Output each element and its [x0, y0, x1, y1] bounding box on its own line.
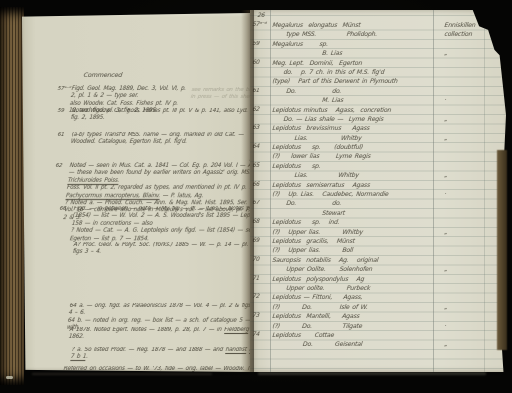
register-entry-row: 70Sauropsis notabilis Ag. original — [249, 256, 506, 265]
entry-name-locality: Upper Oolite. Solenhofen — [272, 265, 436, 274]
entry-name-locality: M. Lias — [272, 96, 436, 105]
bottom-page-edge-highlight — [258, 372, 486, 375]
register-entry-row: 59Megalurus sp. — [249, 40, 506, 49]
register-entry-row: 65Lepidotus sp. — [249, 162, 506, 171]
entry-name-locality: Stewart — [272, 209, 436, 218]
entry-name-locality: Do. do. — [272, 199, 436, 208]
entry-name-locality: Lepidotus sp. — [272, 162, 436, 171]
collection-column — [435, 59, 507, 68]
margin-entry-number: 61 — [57, 132, 65, 139]
note-line: A 1878. Noted Egert. Notes — 1889, p. 28… — [68, 327, 262, 342]
register-entry-row: 60Meg. Lept. Dominii, Egerton — [249, 59, 506, 68]
entry-name-locality: Upper oolite. Purbeck — [272, 284, 436, 293]
register-entry-row: do. p. 7 ch. in this of M.S. fig'd — [249, 68, 506, 77]
register-entry-row: Lias. Whitby„ — [249, 171, 506, 180]
register-entry-row: (?) Upper lias. Whitby„ — [249, 228, 506, 237]
register-entry-row: (?) Do. Isle of W.„ — [249, 303, 506, 312]
collection-column: „ — [435, 49, 507, 58]
register-entry-row: 68Lepidotus sp. ind. — [249, 218, 506, 227]
collection-column: collection — [435, 30, 507, 39]
register-entry-row: 71Lepidotus polyspondylus Ag — [249, 275, 506, 284]
register-entry-row: Lias. Whitby„ — [249, 134, 506, 143]
register-entry-row: (?) Do. Tilgate· — [249, 322, 506, 331]
entry-name-locality: (?) Do. Tilgate — [272, 322, 436, 331]
register-entry-row: Stewart — [249, 209, 506, 218]
entry-name-locality: Lepidotus brevissimus Agass — [272, 124, 436, 133]
register-entry-row: 69Lepidotus gracilis, Münst — [249, 237, 506, 246]
margin-entry-number: 66 — [59, 206, 67, 213]
entry-name-locality: Lepidotus Mantelli, Agass — [272, 312, 436, 321]
note-line: ? a. So listed Prodr. — Reg. 1878 — and … — [70, 347, 258, 362]
entry-name-locality: Lepidotus polyspondylus Ag — [272, 275, 436, 284]
register-entry-row: 57ᵃ⁻ᵈMegalurus elongatus MünstEnniskille… — [249, 21, 506, 30]
margin-entry-number: 59 — [57, 108, 65, 115]
scanned-ledger-photo: Commenced57ᵃ⁻ᵈFigd. Geol. Mag. 1889, Dec… — [0, 0, 512, 393]
entry-name-locality: Meg. Lept. Dominii, Egerton — [272, 59, 436, 68]
entry-name-locality: type MSS. Pholidoph. — [272, 30, 436, 39]
handwritten-note: ? a. So listed Prodr. — Reg. 1878 — and … — [70, 347, 258, 362]
margin-entry-number: 57ᵃ⁻ᵈ — [57, 86, 71, 93]
left-page: Commenced57ᵃ⁻ᵈFigd. Geol. Mag. 1889, Dec… — [22, 13, 250, 372]
register-entry-row: (?) Upper lias. Boll — [249, 246, 506, 255]
bottom-left-paper-speck — [6, 376, 13, 379]
register-entry-row: 67 Do. do. — [249, 199, 506, 208]
entry-name-locality: Megalurus elongatus Münst — [272, 21, 436, 30]
collection-column — [435, 68, 507, 77]
entry-name-locality: do. p. 7 ch. in this of M.S. fig'd — [272, 68, 436, 77]
gutter-shadow — [241, 10, 254, 372]
entry-name-locality: (?) Upper lias. Boll — [272, 246, 436, 255]
handwritten-note: A? Proc. Geol. & Polyt. Soc. (Yorks.) 18… — [72, 242, 264, 257]
collection-column — [435, 87, 507, 96]
register-entry-row: (?) Up. Lias. Caudebec, Normandie· — [249, 190, 506, 199]
entry-name-locality: Lepidotus gracilis, Münst — [272, 237, 436, 246]
register-entry-row: Upper oolite. Purbeck — [249, 284, 506, 293]
entry-name-locality: Lepidotus minutus Agass, concretion — [272, 106, 436, 115]
register-entry-row: 74Lepidotus Cottae — [249, 331, 506, 340]
note-line: 64 a. — orig. figd. as Palaeoniscus 1878… — [68, 303, 256, 318]
collection-column — [435, 106, 507, 115]
handwritten-note: 59Noted Woodw. Cat. Foss. Fishes pt. III… — [70, 108, 268, 123]
register-entry-row: (?) lower lias Lyme Regis — [249, 152, 506, 161]
entry-name-locality: (?) Upper lias. Whitby — [272, 228, 436, 237]
register-entry-row: 73Lepidotus Mantelli, Agass — [249, 312, 506, 321]
note-line: Foss. Vol. II pt. 2, regarded as types, … — [65, 185, 269, 200]
note-line: A? Proc. Geol. & Polyt. Soc. (Yorks.) 18… — [72, 242, 264, 257]
entry-name-locality: (?) Up. Lias. Caudebec, Normandie — [272, 190, 436, 199]
register-entry-row: 61 Do. do. — [249, 87, 506, 96]
collection-column: · — [435, 96, 507, 105]
bottom-page-edge-highlight-left — [32, 373, 212, 375]
entry-name-locality: Do. Geisental — [272, 340, 436, 349]
note-line: Figd. Geol. Mag. 1889, Dec. 3, Vol. VI, … — [70, 86, 190, 101]
register-rows: 57ᵃ⁻ᵈMegalurus elongatus MünstEnniskille… — [250, 21, 506, 350]
collection-column — [435, 40, 507, 49]
collection-column: „ — [435, 115, 507, 124]
entry-name-locality: Do. — Lias shale — Lyme Regis — [272, 115, 436, 124]
register-entry-row: Upper Oolite. Solenhofen„ — [249, 265, 506, 274]
entry-name-locality: Sauropsis notabilis Ag. original — [272, 256, 436, 265]
entry-name-locality: (?) Do. Isle of W. — [272, 303, 436, 312]
entry-name-locality: B. Lias — [272, 49, 436, 58]
entry-name-locality: (type) Part of this Derwent in Plymouth — [272, 77, 436, 86]
register-entry-row: 62Lepidotus minutus Agass, concretion — [249, 106, 506, 115]
register-entry-row: 66Lepidotus semiserratus Agass — [249, 181, 506, 190]
register-entry-row: 72Lepidotus — Fittoni, Agass, — [249, 293, 506, 302]
entry-name-locality: Lepidotus semiserratus Agass — [272, 181, 436, 190]
collection-column: Enniskillen — [435, 21, 507, 30]
register-entry-row: M. Lias· — [249, 96, 506, 105]
handwritten-note: Commenced — [83, 72, 144, 79]
collection-column: „ — [435, 134, 507, 143]
register-entry-row: Do. — Lias shale — Lyme Regis„ — [249, 115, 506, 124]
right-page: 26 57ᵃ⁻ᵈMegalurus elongatus MünstEnniski… — [250, 10, 506, 372]
register-entry-row: (type) Part of this Derwent in Plymouth — [249, 77, 506, 86]
entry-name-locality: Lepidotus sp. ind. — [272, 218, 436, 227]
entry-name-locality: Lepidotus — Fittoni, Agass, — [272, 293, 436, 302]
register-entry-row: type MSS. Pholidoph.collection — [249, 30, 506, 39]
register-entry-row: Do. Geisental„ — [249, 340, 506, 349]
collection-column — [435, 124, 507, 133]
note-line: ? Noted — Cat. — A. G. Leptolepis only f… — [69, 228, 268, 243]
register-entry-row: 63Lepidotus brevissimus Agass — [249, 124, 506, 133]
entry-name-locality: (?) lower lias Lyme Regis — [272, 152, 436, 161]
entry-name-locality: Lepidotus Cottae — [272, 331, 436, 340]
book-spine-page-edges — [0, 7, 24, 385]
collection-column — [435, 77, 507, 86]
page-stack-edge-right — [497, 150, 507, 350]
register-entry-row: B. Lias„ — [249, 49, 506, 58]
margin-entry-number: 62 — [55, 163, 63, 170]
handwritten-note: A 1878. Noted Egert. Notes — 1889, p. 28… — [68, 327, 262, 342]
entry-name-locality: Do. do. — [272, 87, 436, 96]
note-line: Commenced — [83, 72, 144, 79]
entry-name-locality: Lias. Whitby — [272, 171, 436, 180]
note-line: Noted Woodw. Cat. Foss. Fishes pt. III p… — [70, 108, 268, 123]
entry-name-locality: Megalurus sp. — [272, 40, 436, 49]
folio-number: 26 — [257, 12, 265, 19]
entry-name-locality: Lias. Whitby — [272, 134, 436, 143]
